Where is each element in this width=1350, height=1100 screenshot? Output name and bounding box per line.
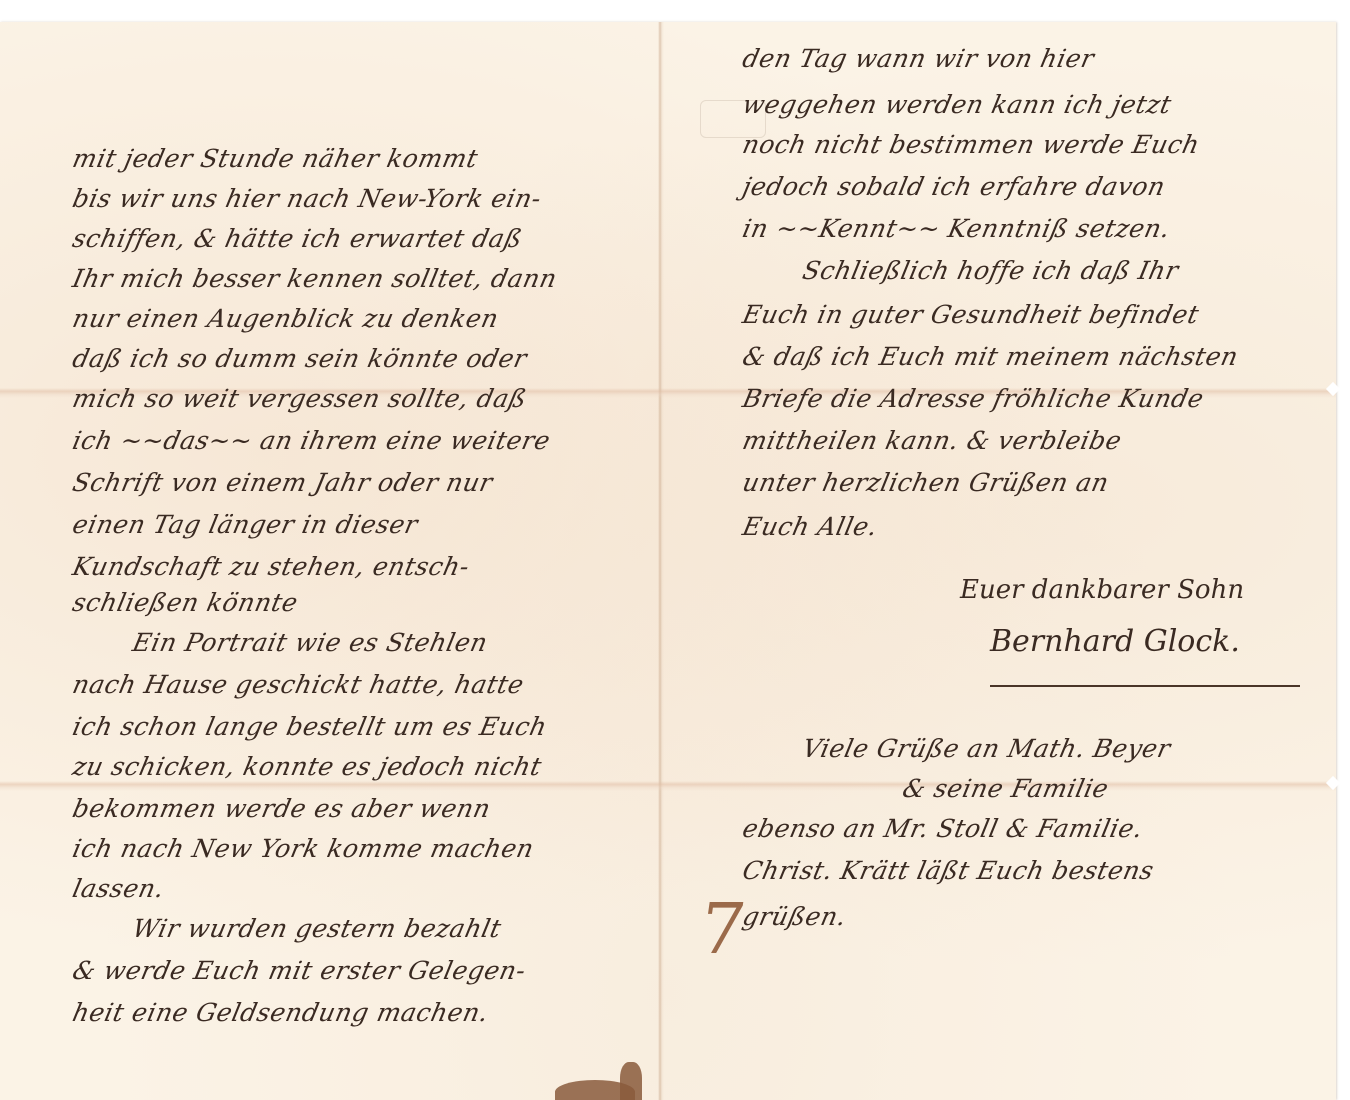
handwritten-line: ich ~~das~~ an ihrem eine weitere — [70, 426, 553, 455]
handwritten-line: Wir wurden gestern bezahlt — [130, 914, 504, 943]
handwritten-line: Ihr mich besser kennen solltet, dann — [70, 264, 560, 293]
postscript-line: Viele Grüße an Math. Beyer — [800, 734, 1173, 763]
handwritten-line: ich schon lange bestellt um es Euch — [70, 712, 550, 741]
handwritten-line: mich so weit vergessen sollte, daß — [70, 384, 529, 413]
handwritten-line: nur einen Augenblick zu denken — [70, 304, 501, 333]
handwritten-line: Schrift von einem Jahr oder nur — [70, 468, 495, 497]
handwritten-line: daß ich so dumm sein könnte oder — [70, 344, 530, 373]
handwritten-line: jedoch sobald ich erfahre davon — [740, 172, 1168, 201]
handwritten-line: & werde Euch mit erster Gelegen- — [70, 956, 529, 985]
postscript-line: Christ. Krätt läßt Euch bestens — [740, 856, 1157, 885]
handwritten-line: schiffen, & hätte ich erwartet daß — [70, 224, 525, 253]
handwritten-line: Schließlich hoffe ich daß Ihr — [800, 256, 1181, 285]
handwritten-line: unter herzlichen Grüßen an — [740, 468, 1112, 497]
handwritten-line: lassen. — [70, 874, 167, 903]
handwritten-line: nach Hause geschickt hatte, hatte — [70, 670, 527, 699]
postscript-line: & seine Familie — [900, 774, 1111, 803]
handwritten-line: Euch Alle. — [740, 512, 880, 541]
signature-underline — [990, 685, 1300, 687]
closing-line: Euer dankbarer Sohn — [960, 575, 1244, 605]
handwritten-line: Euch in guter Gesundheit befindet — [740, 300, 1202, 329]
handwritten-line: in ~~Kennt~~ Kenntniß setzen. — [740, 214, 1173, 243]
handwritten-line: Briefe die Adresse fröhliche Kunde — [740, 384, 1207, 413]
handwritten-line: & daß ich Euch mit meinem nächsten — [740, 342, 1241, 371]
handwritten-line: schließen könnte — [70, 588, 301, 617]
handwritten-line: bis wir uns hier nach New-York ein- — [70, 184, 544, 213]
handwritten-line: den Tag wann wir von hier — [740, 44, 1097, 73]
handwritten-line: noch nicht bestimmen werde Euch — [740, 130, 1202, 159]
vertical-fold-crease — [658, 22, 664, 1100]
handwritten-line: mittheilen kann. & verbleibe — [740, 426, 1125, 455]
postscript-line: grüßen. — [740, 902, 849, 931]
handwritten-line: einen Tag länger in dieser — [70, 510, 421, 539]
postscript-line: ebenso an Mr. Stoll & Familie. — [740, 814, 1146, 843]
handwritten-line: weggehen werden kann ich jetzt — [740, 90, 1174, 119]
handwritten-line: ich nach New York komme machen — [70, 834, 537, 863]
horizontal-fold-crease-lower — [0, 781, 1336, 791]
handwritten-line: bekommen werde es aber wenn — [70, 794, 493, 823]
handwritten-line: mit jeder Stunde näher kommt — [70, 144, 481, 173]
handwritten-line: heit eine Geldsendung machen. — [70, 998, 491, 1027]
handwritten-line: Kundschaft zu stehen, entsch- — [70, 552, 472, 581]
handwritten-line: zu schicken, konnte es jedoch nicht — [70, 752, 544, 781]
signature: Bernhard Glock. — [990, 624, 1240, 659]
handwritten-line: Ein Portrait wie es Stehlen — [130, 628, 490, 657]
ink-stain — [620, 1062, 642, 1100]
